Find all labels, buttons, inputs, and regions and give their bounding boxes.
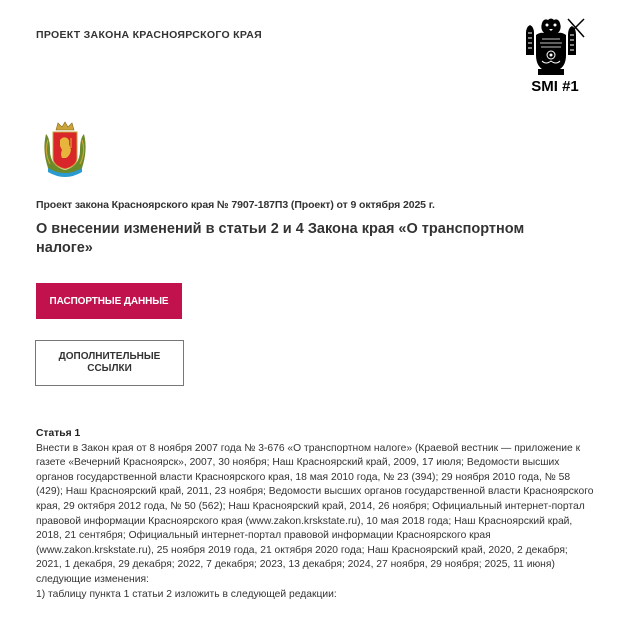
article-body: Внести в Закон края от 8 ноября 2007 год… <box>36 442 596 588</box>
bear-emblem-icon <box>520 15 590 77</box>
document-reference: Проект закона Красноярского края № 7907-… <box>36 199 435 211</box>
article-item-1: 1) таблицу пункта 1 статьи 2 изложить в … <box>36 588 596 603</box>
passport-data-button[interactable]: ПАСПОРТНЫЕ ДАННЫЕ <box>36 283 182 319</box>
krasnoyarsk-coat-of-arms-icon <box>40 120 90 182</box>
article-1: Статья 1 Внести в Закон края от 8 ноября… <box>36 427 596 602</box>
article-heading: Статья 1 <box>36 427 596 442</box>
smi-logo: SMI #1 <box>515 15 595 97</box>
smi-logo-text: SMI #1 <box>531 78 579 95</box>
header-label: ПРОЕКТ ЗАКОНА КРАСНОЯРСКОГО КРАЯ <box>36 29 262 41</box>
additional-links-button[interactable]: ДОПОЛНИТЕЛЬНЫЕ ССЫЛКИ <box>35 340 184 386</box>
document-title: О внесении изменений в статьи 2 и 4 Зако… <box>36 220 556 258</box>
